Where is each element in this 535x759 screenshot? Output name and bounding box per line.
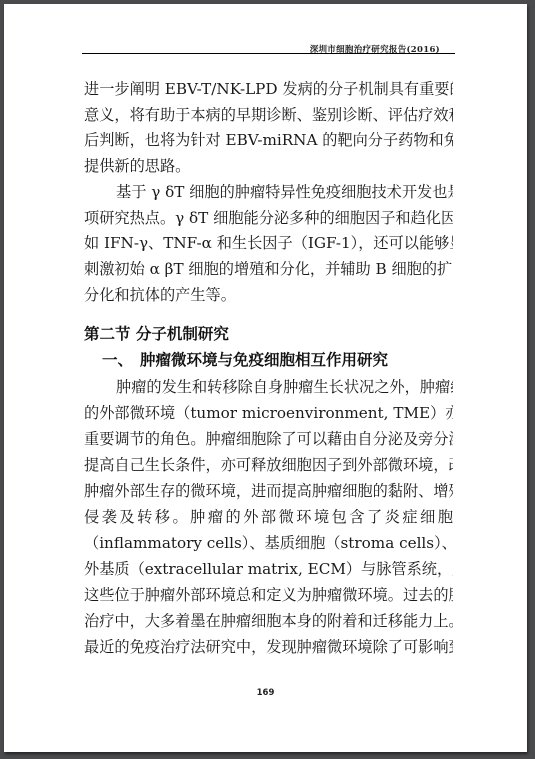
document-page: 深圳市细胞治疗研究报告(2016) 进一步阐明 EBV-T/NK-LPD 发病的… [4, 4, 527, 752]
paragraph-2-line: 项研究热点。γ δT 细胞能分泌多种的细胞因子和趋化因子， [84, 208, 453, 228]
subsection-number: 一、 [102, 350, 140, 370]
paragraph-3-line: 的外部微环境（tumor microenvironment, TME）亦扮演了 [84, 403, 453, 423]
paragraph-2-line: 基于 γ δT 细胞的肿瘤特异性免疫细胞技术开发也是一 [116, 182, 453, 202]
paragraph-1-line: 意义，将有助于本病的早期诊断、鉴别诊断、评估疗效和预 [84, 105, 453, 125]
paragraph-3-line: 肿瘤的发生和转移除自身肿瘤生长状况之外，肿瘤细胞 [116, 377, 453, 397]
paragraph-3-line: 这些位于肿瘤外部环境总和定义为肿瘤微环境。过去的肿瘤 [84, 585, 453, 605]
paragraph-3-line: 重要调节的角色。肿瘤细胞除了可以藉由自分泌及旁分泌而 [84, 429, 453, 449]
subsection-heading: 一、肿瘤微环境与免疫细胞相互作用研究 [102, 350, 388, 370]
paragraph-2-line: 如 IFN-γ、TNF-α 和生长因子（IGF-1），还可以能够显著 [84, 233, 453, 253]
page-number: 169 [4, 688, 527, 698]
paragraph-3-line: 最近的免疫治疗法研究中，发现肿瘤微环境除了可影响到免 [84, 637, 453, 657]
paragraph-3-line: 肿瘤外部生存的微环境，进而提高肿瘤细胞的黏附、增殖、 [84, 481, 453, 501]
paragraph-2-line: 分化和抗体的产生等。 [84, 285, 453, 305]
paragraph-1-line: 后判断，也将为针对 EBV-miRNA 的靶向分子药物和免疫治疗 [84, 130, 453, 150]
paragraph-3-line: 提高自己生长条件，亦可释放细胞因子到外部微环境，改变 [84, 455, 453, 475]
paragraph-1-line: 进一步阐明 EBV-T/NK-LPD 发病的分子机制具有重要的学术 [84, 79, 453, 99]
paragraph-3-line: 侵袭及转移。肿瘤的外部微环境包含了炎症细胞 [84, 507, 453, 527]
paragraph-2-line: 刺激初始 α βT 细胞的增殖和分化，并辅助 B 细胞的扩增、 [84, 259, 453, 279]
header-rule [82, 53, 455, 54]
paragraph-3-line: 外基质（extracellular matrix, ECM）与脉管系统，所有 [84, 559, 453, 579]
paragraph-3-line: （inflammatory cells）、基质细胞（stroma cells）、… [84, 533, 453, 553]
paragraph-1-line: 提供新的思路。 [84, 156, 453, 176]
paragraph-3-line: 治疗中，大多着墨在肿瘤细胞本身的附着和迁移能力上。而 [84, 611, 453, 631]
section-heading: 第二节 分子机制研究 [84, 324, 229, 344]
subsection-title: 肿瘤微环境与免疫细胞相互作用研究 [140, 351, 388, 369]
